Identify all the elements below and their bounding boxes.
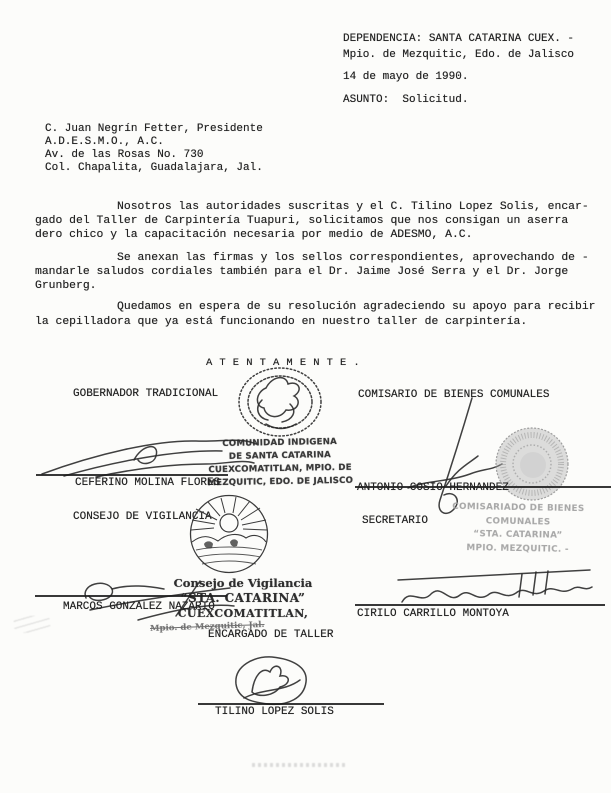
scan-smudge bbox=[13, 614, 50, 634]
body-line: la cepilladora que ya está funcionando e… bbox=[35, 317, 527, 329]
signature-name-cirilo: CIRILO CARRILLO MONTOYA bbox=[357, 609, 509, 621]
subject-line: ASUNTO: Solicitud. bbox=[343, 95, 468, 107]
signature-name-antonio: ANTONIO COSIO HERNANDEZ bbox=[357, 483, 509, 495]
signature-rule bbox=[355, 604, 605, 606]
recipient-line: C. Juan Negrín Fetter, Presidente bbox=[45, 124, 263, 136]
scanned-letter-page: DEPENDENCIA: SANTA CATARINA CUEX. - Mpio… bbox=[0, 0, 611, 793]
dependencia-line-1: DEPENDENCIA: SANTA CATARINA CUEX. - bbox=[343, 34, 574, 46]
body-line: Se anexan las firmas y los sellos corres… bbox=[35, 253, 589, 265]
body-line: Nosotros las autoridades suscritas y el … bbox=[35, 202, 589, 214]
signature-rule bbox=[35, 595, 227, 597]
tilino-signature bbox=[228, 652, 312, 710]
recipient-line: Av. de las Rosas No. 730 bbox=[45, 150, 203, 162]
stamp-line: MPIO. MEZQUITIC. - bbox=[436, 541, 600, 557]
body-line: dero chico y la capacitación necesaria p… bbox=[35, 230, 472, 242]
signature-title-gobernador: GOBERNADOR TRADICIONAL bbox=[73, 389, 218, 401]
recipient-line: Col. Chapalita, Guadalajara, Jal. bbox=[45, 163, 263, 175]
body-line: Quedamos en espera de su resolución agra… bbox=[35, 302, 596, 314]
marcos-signature bbox=[76, 576, 240, 624]
dependencia-line-2: Mpio. de Mezquitic, Edo. de Jalisco bbox=[343, 50, 574, 62]
body-line: gado del Taller de Carpintería Tuapuri, … bbox=[35, 216, 568, 228]
ceferino-signature bbox=[36, 430, 260, 480]
signature-title-encargado: ENCARGADO DE TALLER bbox=[208, 630, 333, 642]
sun-landscape-seal-icon bbox=[184, 494, 274, 576]
date-line: 14 de mayo de 1990. bbox=[343, 72, 468, 84]
signature-rule bbox=[36, 474, 228, 476]
stamp-line: COMISARIADO DE BIENES bbox=[436, 501, 600, 517]
signature-rule bbox=[198, 703, 384, 705]
recipient-line: A.D.E.S.M.O., A.C. bbox=[45, 137, 164, 149]
signature-title-secretario: SECRETARIO bbox=[362, 516, 428, 528]
body-line: mandarle saludos cordiales también para … bbox=[35, 267, 568, 279]
signature-name-tilino: TILINO LOPEZ SOLIS bbox=[215, 707, 334, 719]
body-line: Grunberg. bbox=[35, 281, 97, 293]
signature-name-marcos: MARCOS GONZALEZ NAZARIO bbox=[63, 602, 215, 614]
scan-smudge bbox=[252, 763, 348, 767]
signature-name-ceferino: CEFERINO MOLINA FLORES bbox=[75, 478, 220, 490]
comisariado-stamp: COMISARIADO DE BIENES COMUNALES “STA. CA… bbox=[436, 501, 601, 558]
